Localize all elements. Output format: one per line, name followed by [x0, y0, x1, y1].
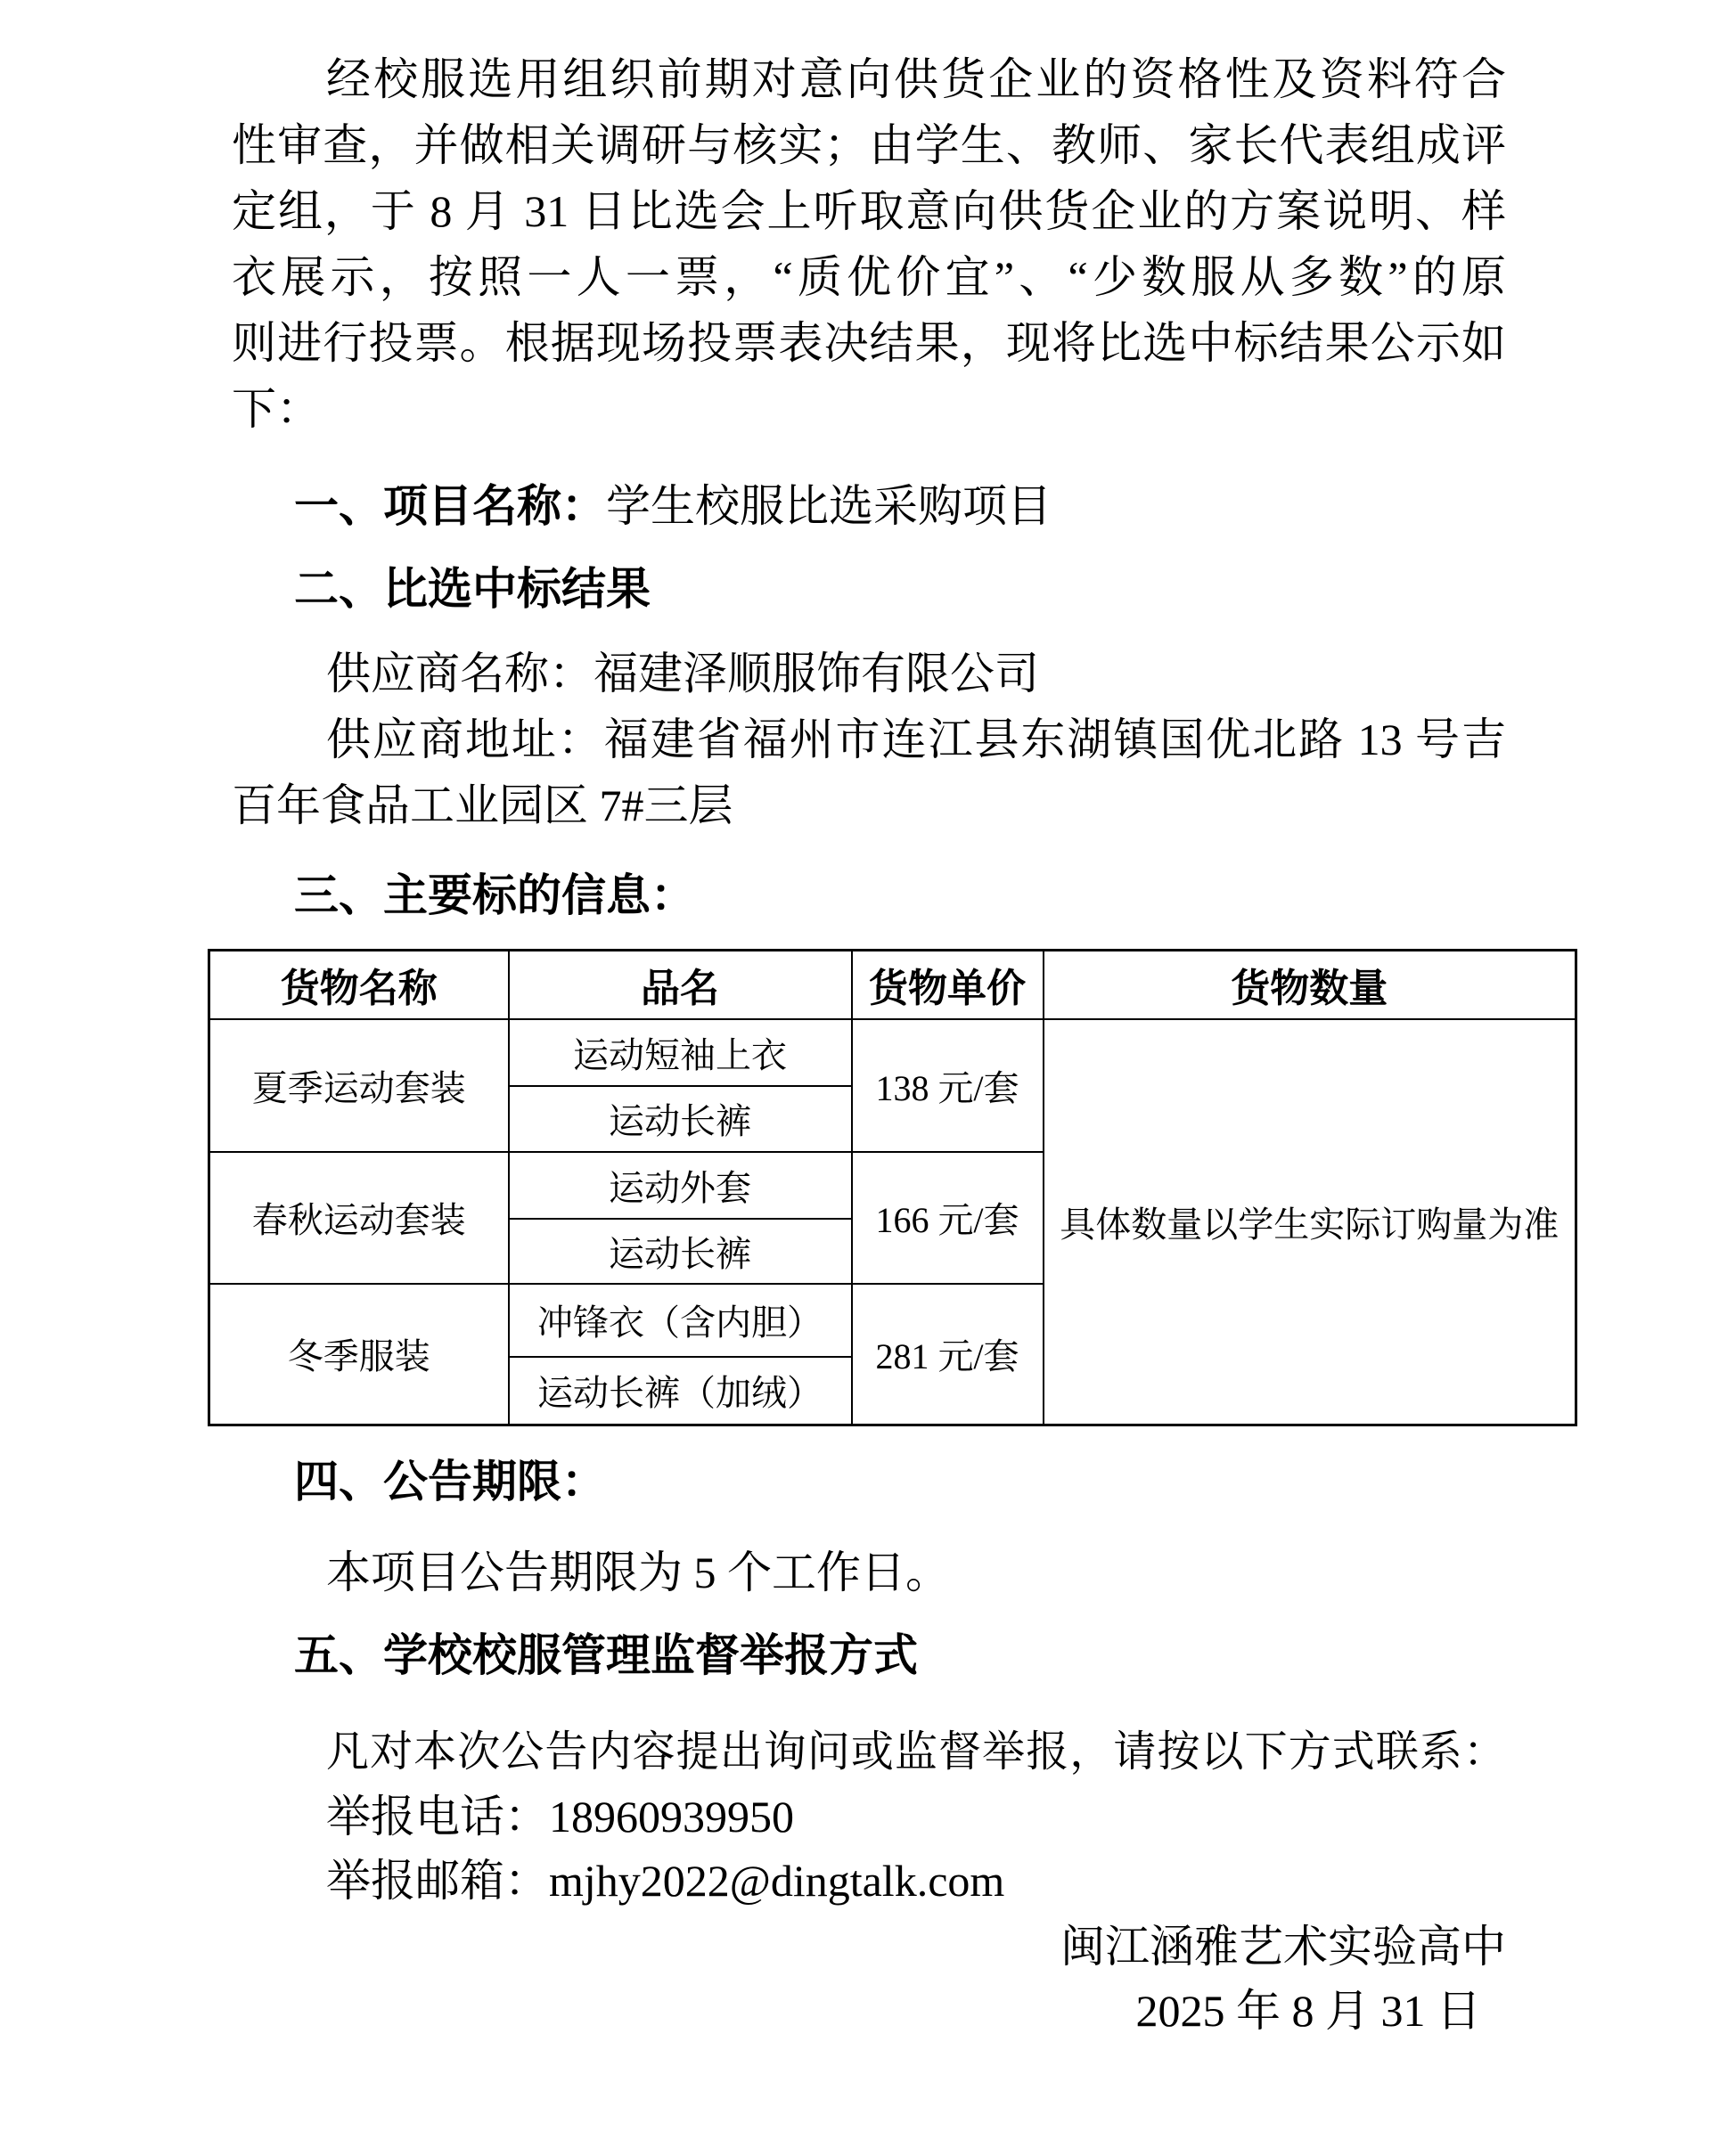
- section-heading-report-method: 五、学校校服管理监督举报方式: [294, 1622, 918, 1688]
- supplier-address-line-1: 供应商地址：福建省福州市连江县东湖镇国优北路 13 号吉: [232, 706, 1506, 772]
- section-heading-label: 二、比选中标结果: [294, 564, 651, 614]
- supplier-address-line-2: 百年食品工业园区 7#三层: [232, 772, 1506, 838]
- goods-table: 货物名称 品名 货物单价 货物数量 夏季运动套装 运动短袖上衣 138 元/套 …: [208, 949, 1577, 1426]
- section-heading-label: 一、项目名称：: [294, 481, 606, 531]
- notice-period-line: 本项目公告期限为 5 个工作日。: [232, 1539, 1506, 1605]
- price-spring-autumn-set: 166 元/套: [852, 1152, 1044, 1284]
- table-header-quantity: 货物数量: [1044, 951, 1576, 1019]
- quantity-note: 具体数量以学生实际订购量为准: [1044, 1019, 1576, 1425]
- signature-line: 闽江涵雅艺术实验高中: [232, 1914, 1506, 1980]
- item-summer-top: 运动短袖上衣: [509, 1019, 852, 1086]
- supplier-name-line: 供应商名称：福建泽顺服饰有限公司: [232, 641, 1506, 706]
- item-summer-pants: 运动长裤: [509, 1086, 852, 1152]
- section-heading-goods-info: 三、主要标的信息：: [294, 862, 695, 928]
- report-email-line: 举报邮箱：mjhy2022@dingtalk.com: [232, 1849, 1506, 1913]
- contact-intro-line: 凡对本次公告内容提出询问或监督举报，请按以下方式联系：: [232, 1720, 1506, 1784]
- table-row: 夏季运动套装 运动短袖上衣 138 元/套 具体数量以学生实际订购量为准: [209, 1019, 1576, 1086]
- section-heading-project-name: 一、项目名称：学生校服比选采购项目: [294, 473, 1052, 539]
- date-line: 2025 年 8 月 31 日: [232, 1978, 1506, 2044]
- intro-line: 定组，于 8 月 31 日比选会上听取意向供货企业的方案说明、样: [232, 178, 1506, 244]
- section-heading-result: 二、比选中标结果: [294, 556, 651, 622]
- section-heading-label: 五、学校校服管理监督举报方式: [294, 1630, 918, 1680]
- item-winter-jacket: 冲锋衣（含内胆）: [509, 1284, 852, 1357]
- table-header-unit-price: 货物单价: [852, 951, 1044, 1019]
- price-summer-set: 138 元/套: [852, 1019, 1044, 1152]
- contact-block: 凡对本次公告内容提出询问或监督举报，请按以下方式联系： 举报电话：1896093…: [232, 1720, 1506, 1913]
- report-phone-line: 举报电话：18960939950: [232, 1784, 1506, 1849]
- supplier-block: 供应商名称：福建泽顺服饰有限公司 供应商地址：福建省福州市连江县东湖镇国优北路 …: [232, 641, 1506, 838]
- item-spring-pants: 运动长裤: [509, 1219, 852, 1284]
- section-heading-notice-period: 四、公告期限：: [294, 1449, 606, 1515]
- item-sport-jacket: 运动外套: [509, 1152, 852, 1219]
- document-page: 经校服选用组织前期对意向供货企业的资格性及资料符合 性审查，并做相关调研与核实；…: [0, 0, 1711, 2156]
- section-heading-label: 三、主要标的信息：: [294, 870, 695, 920]
- section-heading-label: 四、公告期限：: [294, 1457, 606, 1507]
- category-spring-autumn-set: 春秋运动套装: [209, 1152, 509, 1284]
- intro-line: 性审查，并做相关调研与核实；由学生、教师、家长代表组成评: [232, 112, 1506, 178]
- category-summer-set: 夏季运动套装: [209, 1019, 509, 1152]
- notice-period-block: 本项目公告期限为 5 个工作日。: [232, 1539, 1506, 1605]
- intro-line: 下：: [232, 376, 1506, 442]
- price-winter-wear: 281 元/套: [852, 1284, 1044, 1425]
- intro-line: 经校服选用组织前期对意向供货企业的资格性及资料符合: [232, 46, 1506, 112]
- table-header-item-name: 品名: [509, 951, 852, 1019]
- project-name-value: 学生校服比选采购项目: [606, 481, 1052, 531]
- item-winter-pants: 运动长裤（加绒）: [509, 1357, 852, 1425]
- intro-paragraph: 经校服选用组织前期对意向供货企业的资格性及资料符合 性审查，并做相关调研与核实；…: [232, 46, 1506, 442]
- table-header-row: 货物名称 品名 货物单价 货物数量: [209, 951, 1576, 1019]
- category-winter-wear: 冬季服装: [209, 1284, 509, 1425]
- table-header-goods-name: 货物名称: [209, 951, 509, 1019]
- intro-line: 衣展示，按照一人一票，“质优价宜”、“少数服从多数”的原: [232, 244, 1506, 310]
- intro-line: 则进行投票。根据现场投票表决结果，现将比选中标结果公示如: [232, 310, 1506, 376]
